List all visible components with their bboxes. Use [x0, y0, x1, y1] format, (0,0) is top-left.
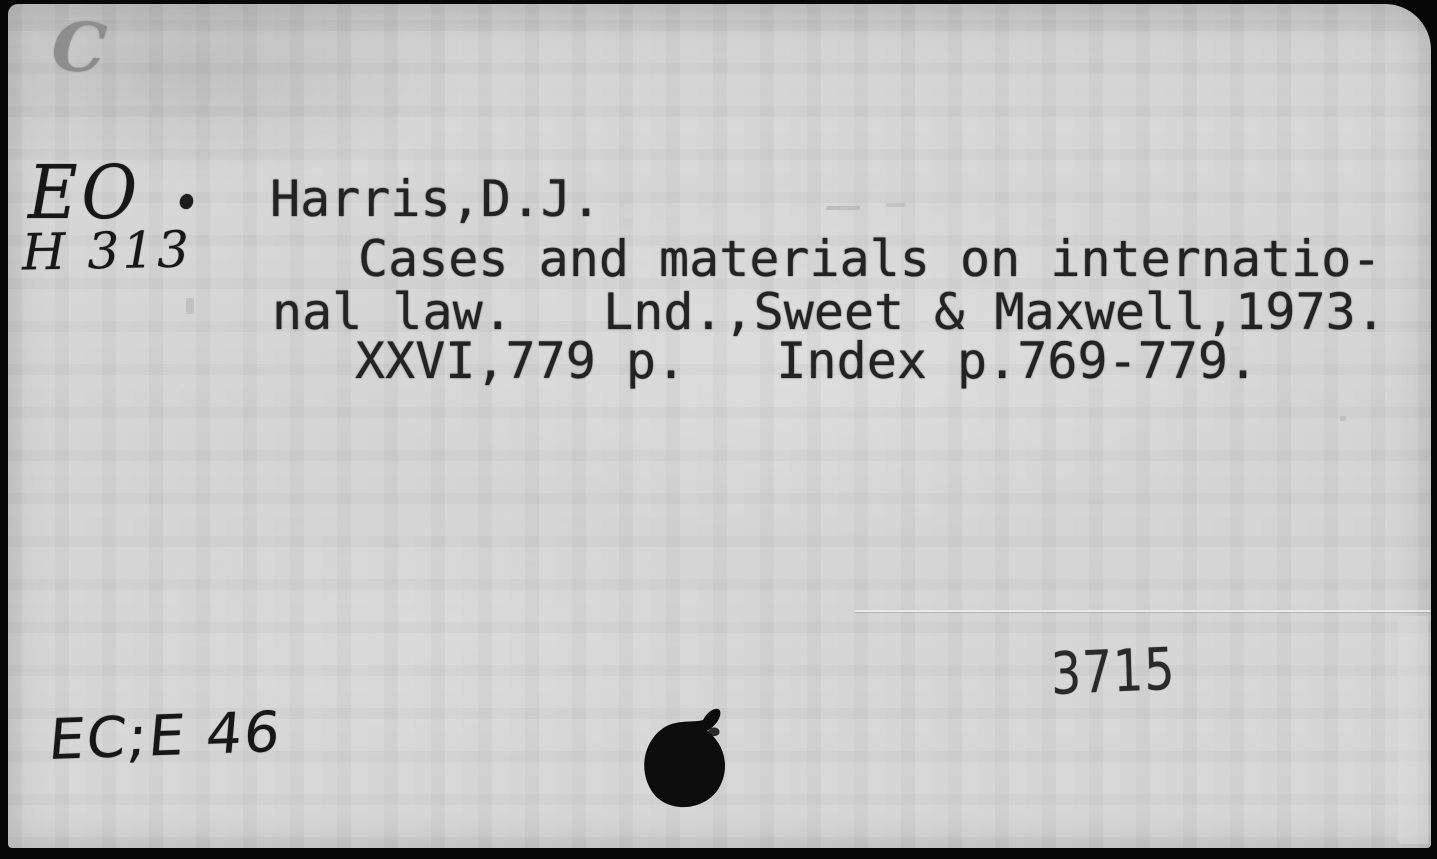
entry-collation-line: XXVI,779 p. Index p.769-779. [355, 334, 1258, 388]
corner-pencil-mark: C [49, 6, 109, 90]
smudge-mark [186, 298, 194, 314]
entry-title-line-2: nal law. Lnd.,Sweet & Maxwell,1973. [272, 285, 1386, 339]
accession-number: 3715 [1050, 635, 1176, 708]
shelf-code: EC;E 46 [46, 700, 284, 773]
ink-stain [641, 704, 737, 822]
entry-title-line-1: Cases and materials on internatio- [358, 232, 1382, 286]
scanned-catalog-card-image: C EO H 313 Harris,D.J. Cases and materia… [0, 0, 1437, 859]
smudge-mark [1340, 416, 1346, 421]
scan-light-strip [1398, 616, 1428, 844]
call-number-item: H 313 [22, 221, 193, 282]
entry-author-line: Harris,D.J. [270, 172, 601, 226]
card-edge-artifact-line [855, 610, 1430, 612]
smudge-mark [826, 206, 860, 210]
smudge-mark [886, 203, 906, 207]
